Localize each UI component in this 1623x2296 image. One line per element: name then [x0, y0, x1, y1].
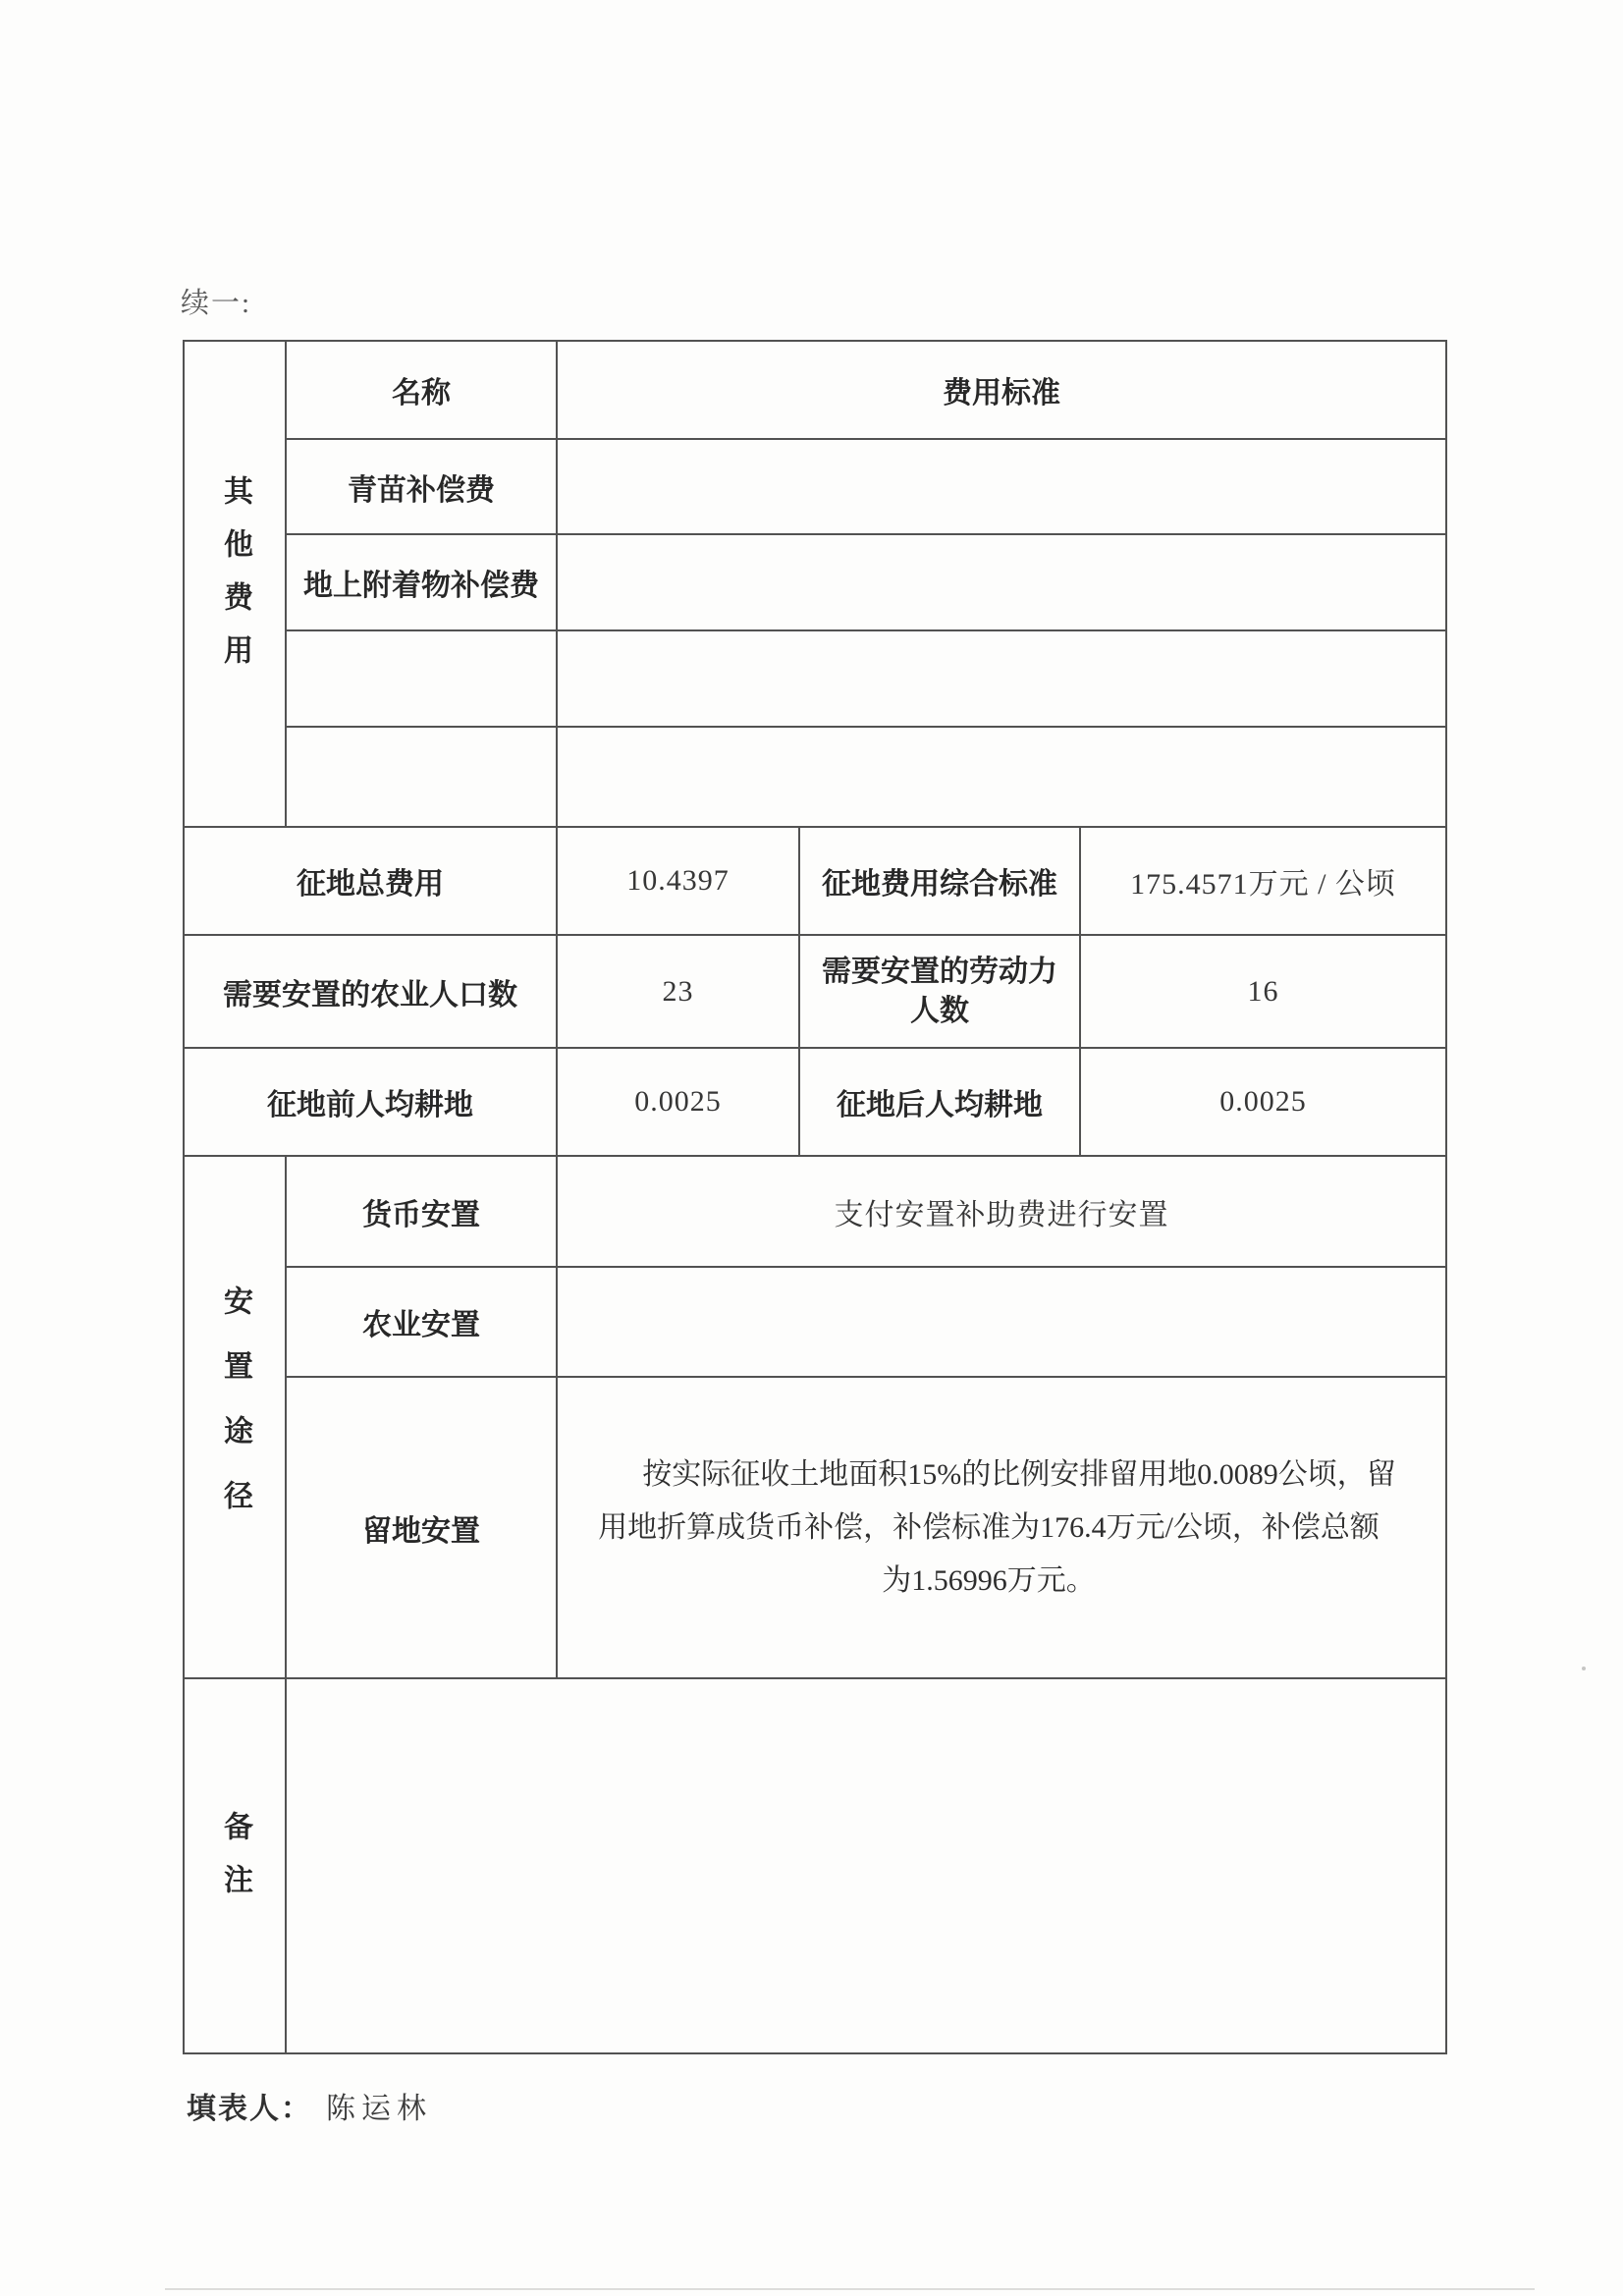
table-row: 征地总费用 10.4397 征地费用综合标准 175.4571万元 / 公顷 [184, 827, 1446, 935]
cell-remarks-section: 备注 [184, 1678, 286, 2053]
scanned-form-page: 续一: 其他费用 名称 费用标准 青苗补偿费 地上附着物补偿费 [0, 0, 1623, 2296]
cell-post-acquisition-farmland-value: 0.0025 [1080, 1048, 1446, 1156]
continuation-note: 续一: [181, 281, 251, 321]
cell-agri-population-label: 需要安置的农业人口数 [184, 935, 557, 1048]
cell-comprehensive-standard-value: 175.4571万元 / 公顷 [1080, 827, 1446, 935]
cell-remarks-value [286, 1678, 1446, 2053]
cell-standard-header: 费用标准 [557, 341, 1446, 439]
cell-total-cost-label: 征地总费用 [184, 827, 557, 935]
cell-other-fee-empty-label-2 [286, 727, 557, 827]
cell-land-retention-value: 按实际征收土地面积15%的比例安排留用地0.0089公顷，留 用地折算成货币补偿… [557, 1377, 1446, 1678]
cell-total-cost-value: 10.4397 [557, 827, 799, 935]
table-row: 青苗补偿费 [184, 439, 1446, 534]
cell-name-header: 名称 [286, 341, 557, 439]
cell-other-fee-empty-value-2 [557, 727, 1446, 827]
cell-other-fee-empty-label-1 [286, 630, 557, 727]
table-row: 农业安置 [184, 1267, 1446, 1377]
scan-edge-artifact [165, 2288, 1535, 2290]
cell-crop-compensation-value [557, 439, 1446, 534]
cell-labor-count-label: 需要安置的劳动力人数 [799, 935, 1080, 1048]
table-row [184, 630, 1446, 727]
paragraph-line: 用地折算成货币补偿，补偿标准为176.4万元/公顷，补偿总额 [571, 1502, 1406, 1555]
table-row [184, 727, 1446, 827]
cell-post-acquisition-farmland-label: 征地后人均耕地 [799, 1048, 1080, 1156]
land-acquisition-table: 其他费用 名称 费用标准 青苗补偿费 地上附着物补偿费 征地总费用 10.439… [183, 340, 1447, 2054]
cell-resettlement-section: 安置途径 [184, 1156, 286, 1678]
form-filler-line: 填表人：陈运林 [187, 2084, 432, 2127]
cell-other-fees-section: 其他费用 [184, 341, 286, 827]
cell-agricultural-resettlement-label: 农业安置 [286, 1267, 557, 1377]
cell-monetary-resettlement-label: 货币安置 [286, 1156, 557, 1267]
cell-attachment-compensation-value [557, 534, 1446, 630]
cell-crop-compensation-label: 青苗补偿费 [286, 439, 557, 534]
table-row: 征地前人均耕地 0.0025 征地后人均耕地 0.0025 [184, 1048, 1446, 1156]
cell-pre-acquisition-farmland-value: 0.0025 [557, 1048, 799, 1156]
table-row: 留地安置 按实际征收土地面积15%的比例安排留用地0.0089公顷，留 用地折算… [184, 1377, 1446, 1678]
cell-agricultural-resettlement-value [557, 1267, 1446, 1377]
cell-comprehensive-standard-label: 征地费用综合标准 [799, 827, 1080, 935]
other-fees-section-label: 其他费用 [220, 475, 249, 687]
form-filler-label: 填表人： [187, 2093, 312, 2125]
cell-attachment-compensation-label: 地上附着物补偿费 [286, 534, 557, 630]
cell-land-retention-label: 留地安置 [286, 1377, 557, 1678]
table-row: 需要安置的农业人口数 23 需要安置的劳动力人数 16 [184, 935, 1446, 1048]
form-filler-name: 陈运林 [326, 2093, 432, 2125]
table-row: 地上附着物补偿费 [184, 534, 1446, 630]
paragraph-line: 按实际征收土地面积15%的比例安排留用地0.0089公顷，留 [571, 1449, 1406, 1502]
cell-other-fee-empty-value-1 [557, 630, 1446, 727]
table-row: 安置途径 货币安置 支付安置补助费进行安置 [184, 1156, 1446, 1267]
resettlement-section-label: 安置途径 [220, 1285, 249, 1545]
cell-pre-acquisition-farmland-label: 征地前人均耕地 [184, 1048, 557, 1156]
remarks-section-label: 备注 [220, 1811, 249, 1917]
paragraph-line: 为1.56996万元。 [571, 1555, 1406, 1608]
table-row: 其他费用 名称 费用标准 [184, 341, 1446, 439]
cell-agri-population-value: 23 [557, 935, 799, 1048]
scan-speck-artifact [1582, 1667, 1586, 1670]
cell-labor-count-value: 16 [1080, 935, 1446, 1048]
table-row: 备注 [184, 1678, 1446, 2053]
cell-monetary-resettlement-value: 支付安置补助费进行安置 [557, 1156, 1446, 1267]
